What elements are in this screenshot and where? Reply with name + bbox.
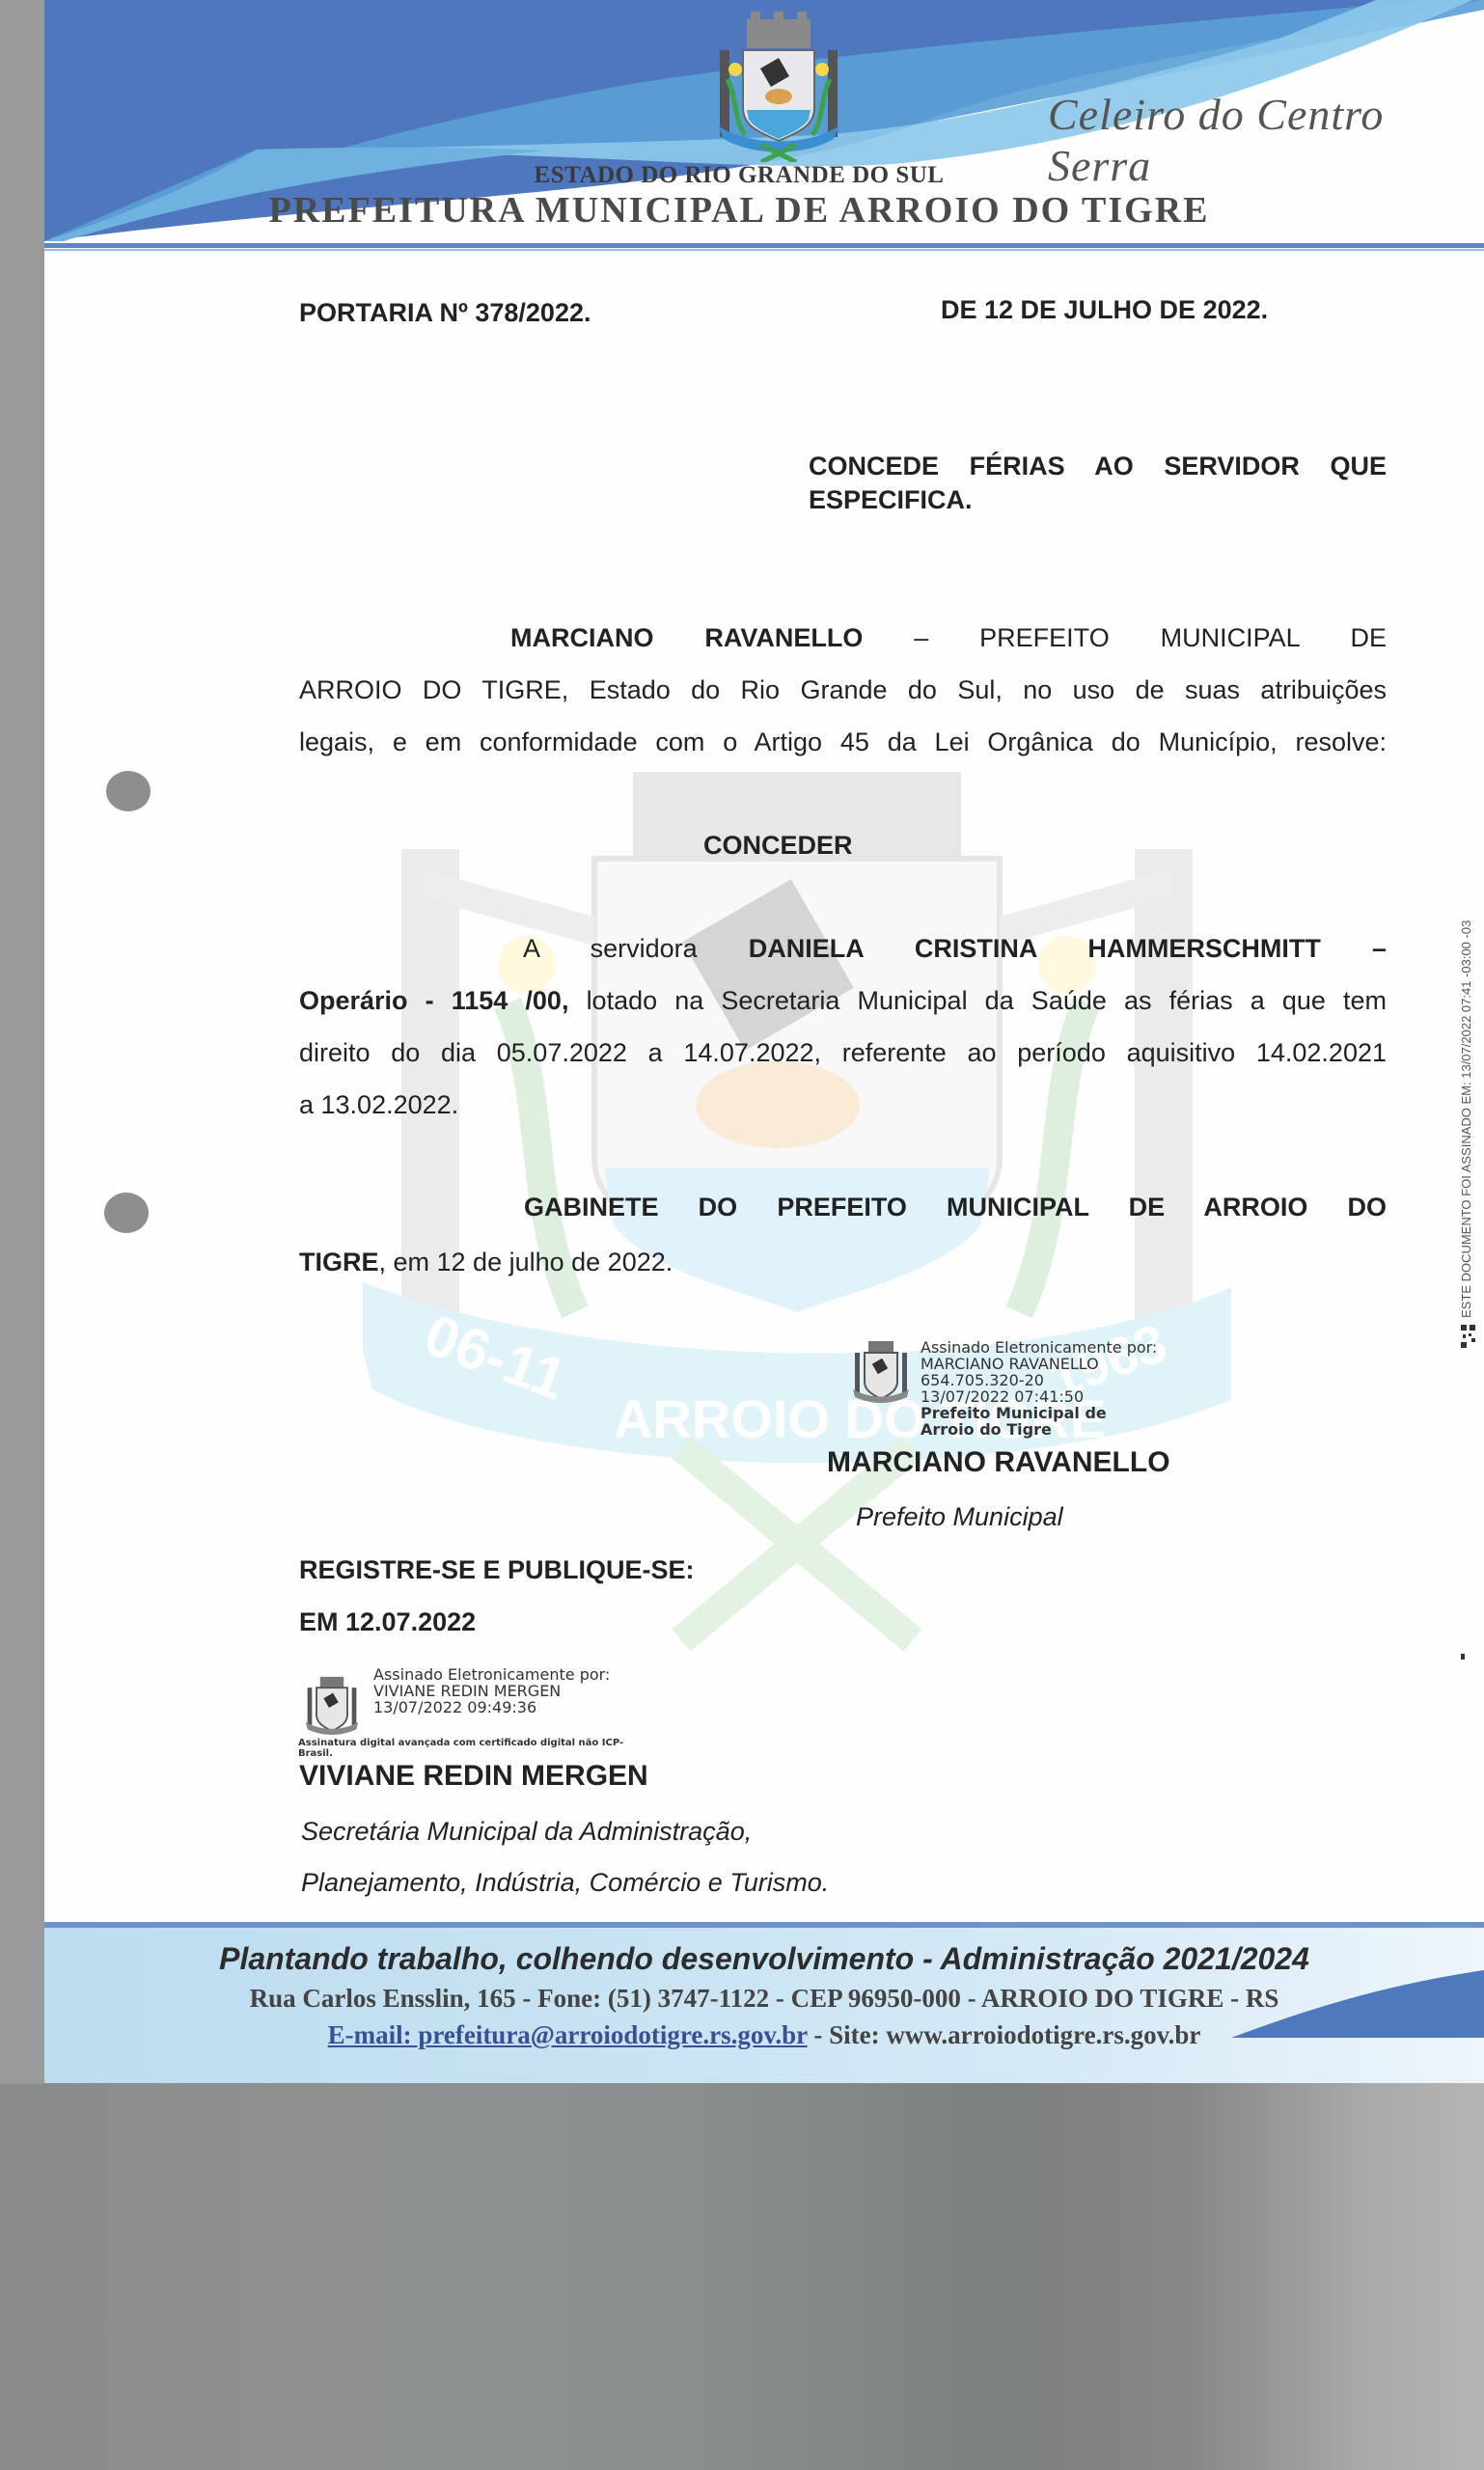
footer-address: Rua Carlos Ensslin, 165 - Fone: (51) 374… (44, 1984, 1484, 2014)
header-institution: PREFEITURA MUNICIPAL DE ARROIO DO TIGRE (44, 189, 1484, 232)
punch-hole (104, 1193, 149, 1233)
signature-seal-icon (851, 1339, 911, 1403)
portaria-date: DE 12 DE JULHO DE 2022. (941, 294, 1268, 325)
header-rule-accent (44, 249, 1484, 251)
footer-site[interactable]: - Site: www.arroiodotigre.rs.gov.br (808, 2020, 1201, 2049)
scan-edge (0, 0, 44, 2084)
watermark-coat-of-arms: 06-11 ARROIO DO TIGRE 1963 (363, 772, 1231, 1688)
portaria-number: PORTARIA Nº 378/2022. (299, 297, 591, 328)
footer-rule (44, 1922, 1484, 1928)
signature-seal-icon (302, 1675, 362, 1735)
signature-certificate-note: Assinatura digital avançada com certific… (298, 1738, 623, 1759)
header-state: ESTADO DO RIO GRANDE DO SUL (44, 162, 1484, 189)
footer-email-link[interactable]: E-mail: prefeitura@arroiodotigre.rs.gov.… (328, 2020, 808, 2049)
secretary-title-line-1: Secretária Municipal da Administração, (301, 1816, 752, 1847)
document-page: Celeiro do Centro Serra ESTADO DO RIO GR… (44, 0, 1484, 2083)
action-heading: CONCEDER (703, 830, 853, 861)
secretary-name: VIVIANE REDIN MERGEN (299, 1761, 648, 1792)
qr-code-icon (1460, 1324, 1476, 1349)
coat-of-arms-icon (708, 12, 849, 162)
grant-line-4: a 13.02.2022. (299, 1089, 458, 1120)
mayor-name: MARCIANO RAVANELLO (827, 1447, 1170, 1478)
grant-line-2: Operário - 1154 /00, lotado na Secretari… (299, 985, 1387, 1016)
preamble-line-1: MARCIANO RAVANELLO – PREFEITO MUNICIPAL … (510, 622, 1387, 653)
secretary-title-line-2: Planejamento, Indústria, Comércio e Turi… (301, 1867, 829, 1898)
grant-line-3: direito do dia 05.07.2022 a 14.07.2022, … (299, 1037, 1387, 1068)
preamble-line-2: ARROIO DO TIGRE, Estado do Rio Grande do… (299, 674, 1387, 705)
secretary-e-signature-stamp: Assinado Eletronicamente por: VIVIANE RE… (373, 1666, 610, 1715)
punch-hole (106, 771, 151, 811)
preamble-line-3: legais, e em conformidade com o Artigo 4… (299, 727, 1387, 757)
footer-band: Plantando trabalho, colhendo desenvolvim… (44, 1922, 1484, 2083)
mayor-title: Prefeito Municipal (856, 1501, 1063, 1532)
footer-contacts: E-mail: prefeitura@arroiodotigre.rs.gov.… (44, 2020, 1484, 2050)
scan-speck (1461, 1654, 1465, 1660)
footer-slogan: Plantando trabalho, colhendo desenvolvim… (44, 1941, 1484, 1977)
signature-side-stamp: ESTE DOCUMENTO FOI ASSINADO EM: 13/07/20… (1459, 920, 1473, 1318)
closing-line-2: TIGRE, em 12 de julho de 2022. (299, 1247, 673, 1277)
closing-line-1: GABINETE DO PREFEITO MUNICIPAL DE ARROIO… (524, 1192, 1387, 1222)
header-rule (44, 243, 1484, 248)
grant-line-1: A servidora DANIELA CRISTINA HAMMERSCHMI… (523, 933, 1387, 964)
register-date: EM 12.07.2022 (299, 1606, 476, 1637)
summary-line-2: ESPECIFICA. (809, 484, 973, 515)
register-heading: REGISTRE-SE E PUBLIQUE-SE: (299, 1554, 695, 1585)
mayor-e-signature-stamp: Assinado Eletronicamente por: MARCIANO R… (921, 1339, 1157, 1438)
summary-line-1: CONCEDE FÉRIAS AO SERVIDOR QUE (809, 451, 1387, 481)
